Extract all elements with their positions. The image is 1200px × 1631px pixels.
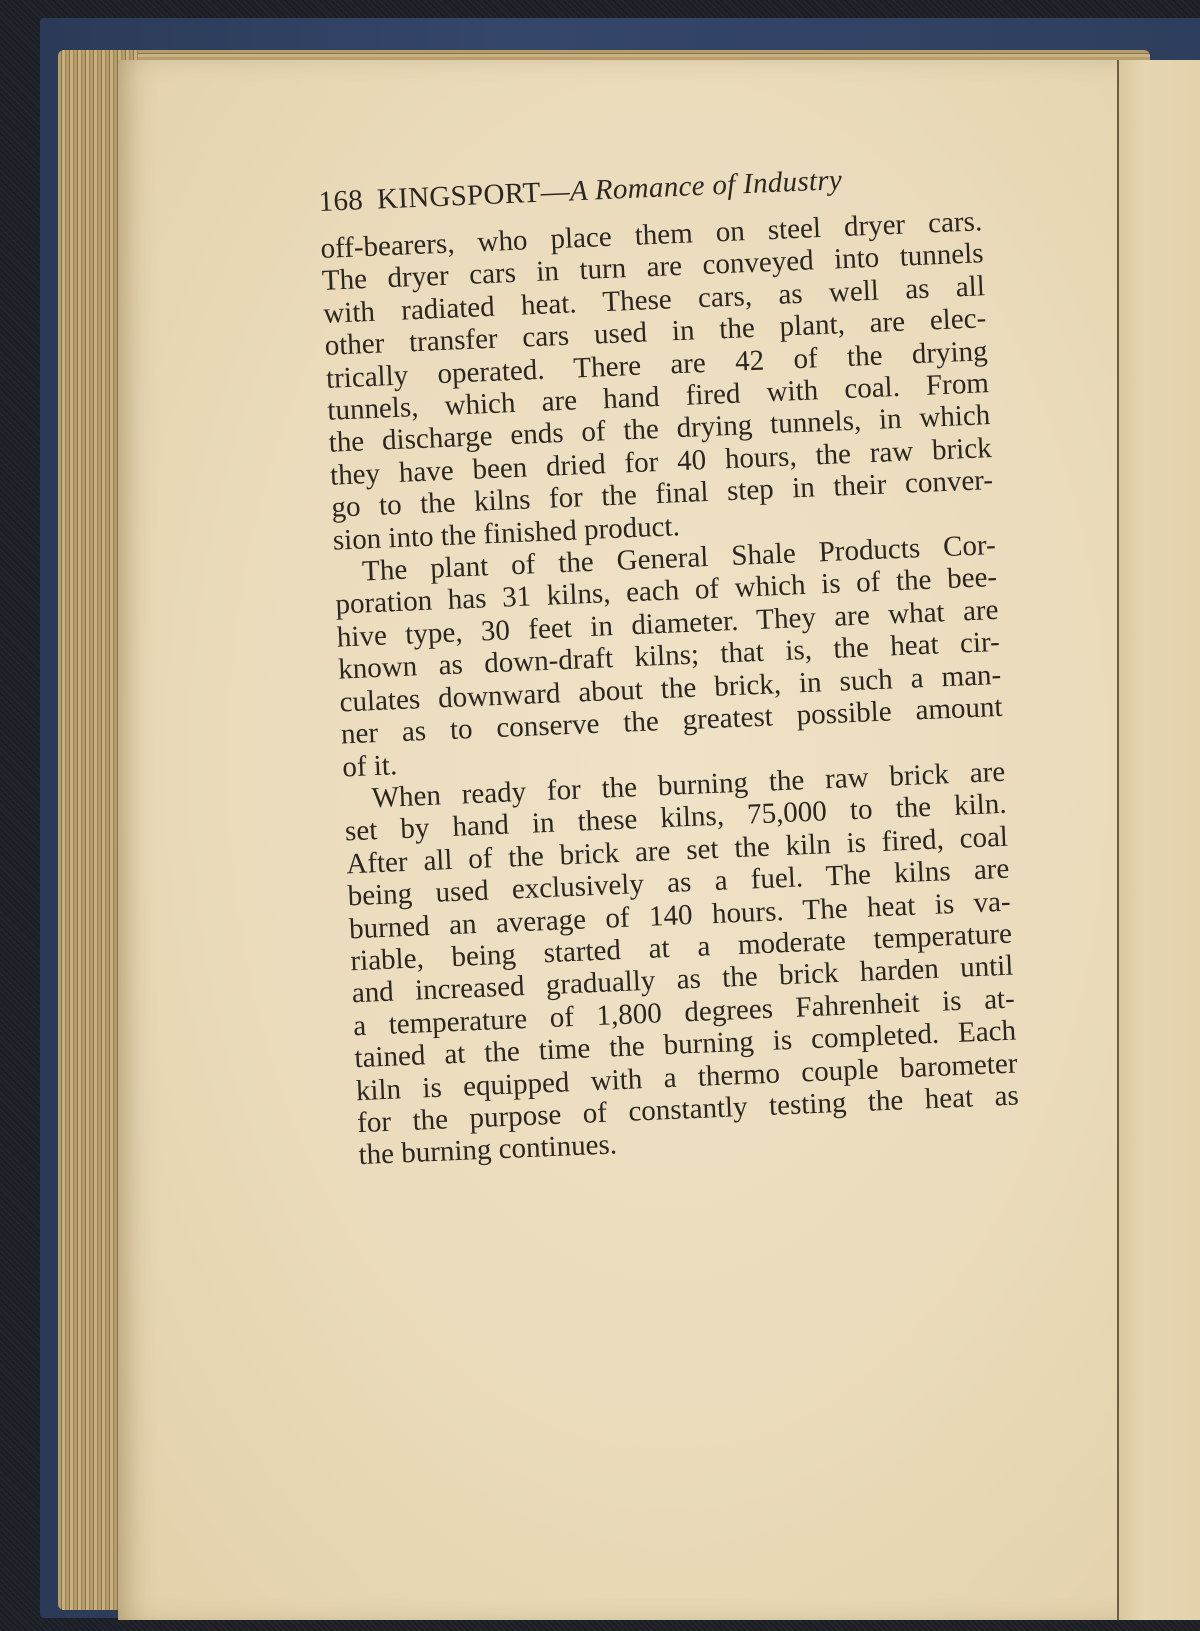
paragraph-2: The plant of the General Shale Products … xyxy=(334,527,1063,784)
book-title: KINGSPORT xyxy=(376,177,541,216)
title-dash: — xyxy=(540,175,571,208)
page-number: 168 xyxy=(318,184,364,218)
paragraph-1: off-bearers, who place them on steel dry… xyxy=(320,203,1053,557)
facing-page-edge xyxy=(1117,60,1200,1620)
paragraph-3: When ready for the burning the raw brick… xyxy=(343,753,1079,1172)
page-text-block: 168KINGSPORT—A Romance of Industry off-b… xyxy=(318,156,1079,1172)
